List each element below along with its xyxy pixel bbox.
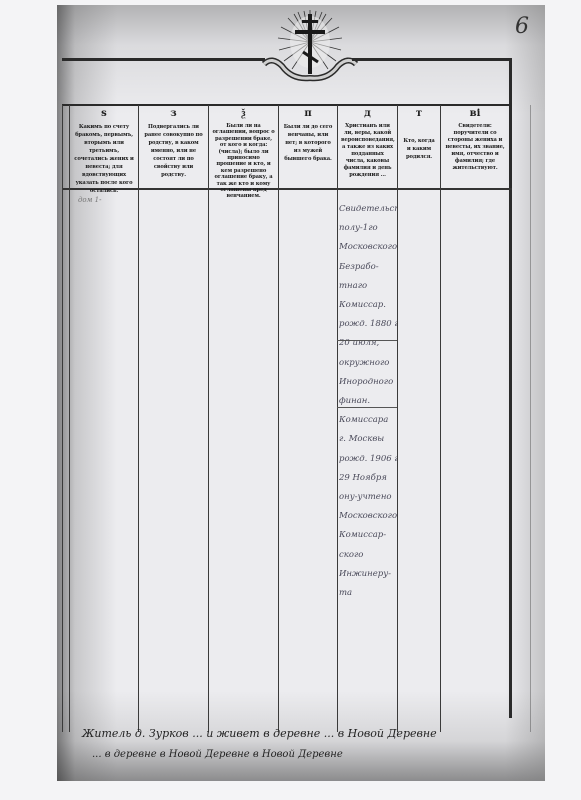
entry-line: рожд. 1880 г. [339,315,397,334]
entry-separator [337,340,397,341]
column-number: п [279,108,337,119]
entry-line: Инородного [339,373,397,392]
frame-right-edge [509,58,512,718]
entry-line: 29 Ноября [339,469,397,488]
column-header-10: д Христианъ или ли, веры, какой вероиспо… [338,106,397,188]
column-header-6: ѕ Какимъ по счету бракомъ, первымъ, втор… [70,106,138,188]
column-divider [69,105,70,732]
column-header-7: з Подвергались ли ранее совокупно по род… [139,106,208,188]
handwritten-entry: Свидетельство полу-1го Московского Безра… [339,200,397,603]
margin-note: дом 1- [78,196,102,204]
column-divider [440,105,441,732]
entry-line: ского [339,546,397,565]
entry-line: г. Москвы [339,430,397,449]
column-number: ѯ [209,108,278,119]
column-header-text: Христианъ или ли, веры, какой вероиспове… [338,123,397,179]
column-header-9: п Были ли до сего венчаны, или нет; в ко… [279,106,337,188]
column-header-11: т Кто, когда и каким родился. [398,106,440,188]
entry-line: 20 июля, [339,334,397,353]
column-divider [530,105,531,732]
column-number: ві [441,108,509,119]
column-header-text: Были ли на оглашении, вопрос о разрешени… [209,123,278,200]
column-number: ѕ [70,108,138,119]
entry-line: тнаго [339,277,397,296]
column-number: т [398,108,440,119]
entry-line: ону-учтено [339,488,397,507]
entry-line: Московского [339,238,397,257]
column-header-text: Свидетели: поручители со стороны жениха … [441,123,509,172]
column-divider [278,105,279,732]
entry-line: финан. [339,392,397,411]
frame-top-rule [62,58,265,61]
column-header-8: ѯ Были ли на оглашении, вопрос о разреше… [209,106,278,188]
column-header-text: Были ли до сего венчаны, или нет; в кото… [279,123,337,163]
column-number: д [338,108,397,119]
footnote-line-1: Житель д. Зурков ... и живет в деревне .… [82,727,437,740]
column-header-12: ві Свидетели: поручители со стороны жени… [441,106,509,188]
column-divider [397,105,398,732]
entry-line: Свидетельство [339,200,397,219]
column-divider [337,105,338,732]
column-header-text: Кто, когда и каким родился. [398,137,440,161]
entry-line: та [339,584,397,603]
entry-line: Безрабо- [339,258,397,277]
column-divider [138,105,139,732]
frame-top-rule-right [352,58,512,61]
column-header-text: Какимъ по счету бракомъ, первымъ, вторым… [70,123,138,195]
orthodox-cross-sunburst-icon [262,8,358,88]
entry-line: Инжинеру- [339,565,397,584]
entry-line: полу-1го [339,219,397,238]
entry-line: Московского [339,507,397,526]
column-header-text: Подвергались ли ранее совокупно по родст… [139,123,208,179]
entry-line: окружного [339,354,397,373]
footnote-line-2: ... в деревне в Новой Деревне в Новой Де… [92,749,343,760]
entry-line: Комиссар- [339,526,397,545]
column-divider [62,105,63,732]
entry-line: рожд. 1906 г. [339,450,397,469]
column-number: з [139,108,208,119]
entry-line: Комиссар. [339,296,397,315]
entry-line: Комиссара [339,411,397,430]
entry-separator [337,407,397,408]
page-number: 6 [515,14,529,39]
